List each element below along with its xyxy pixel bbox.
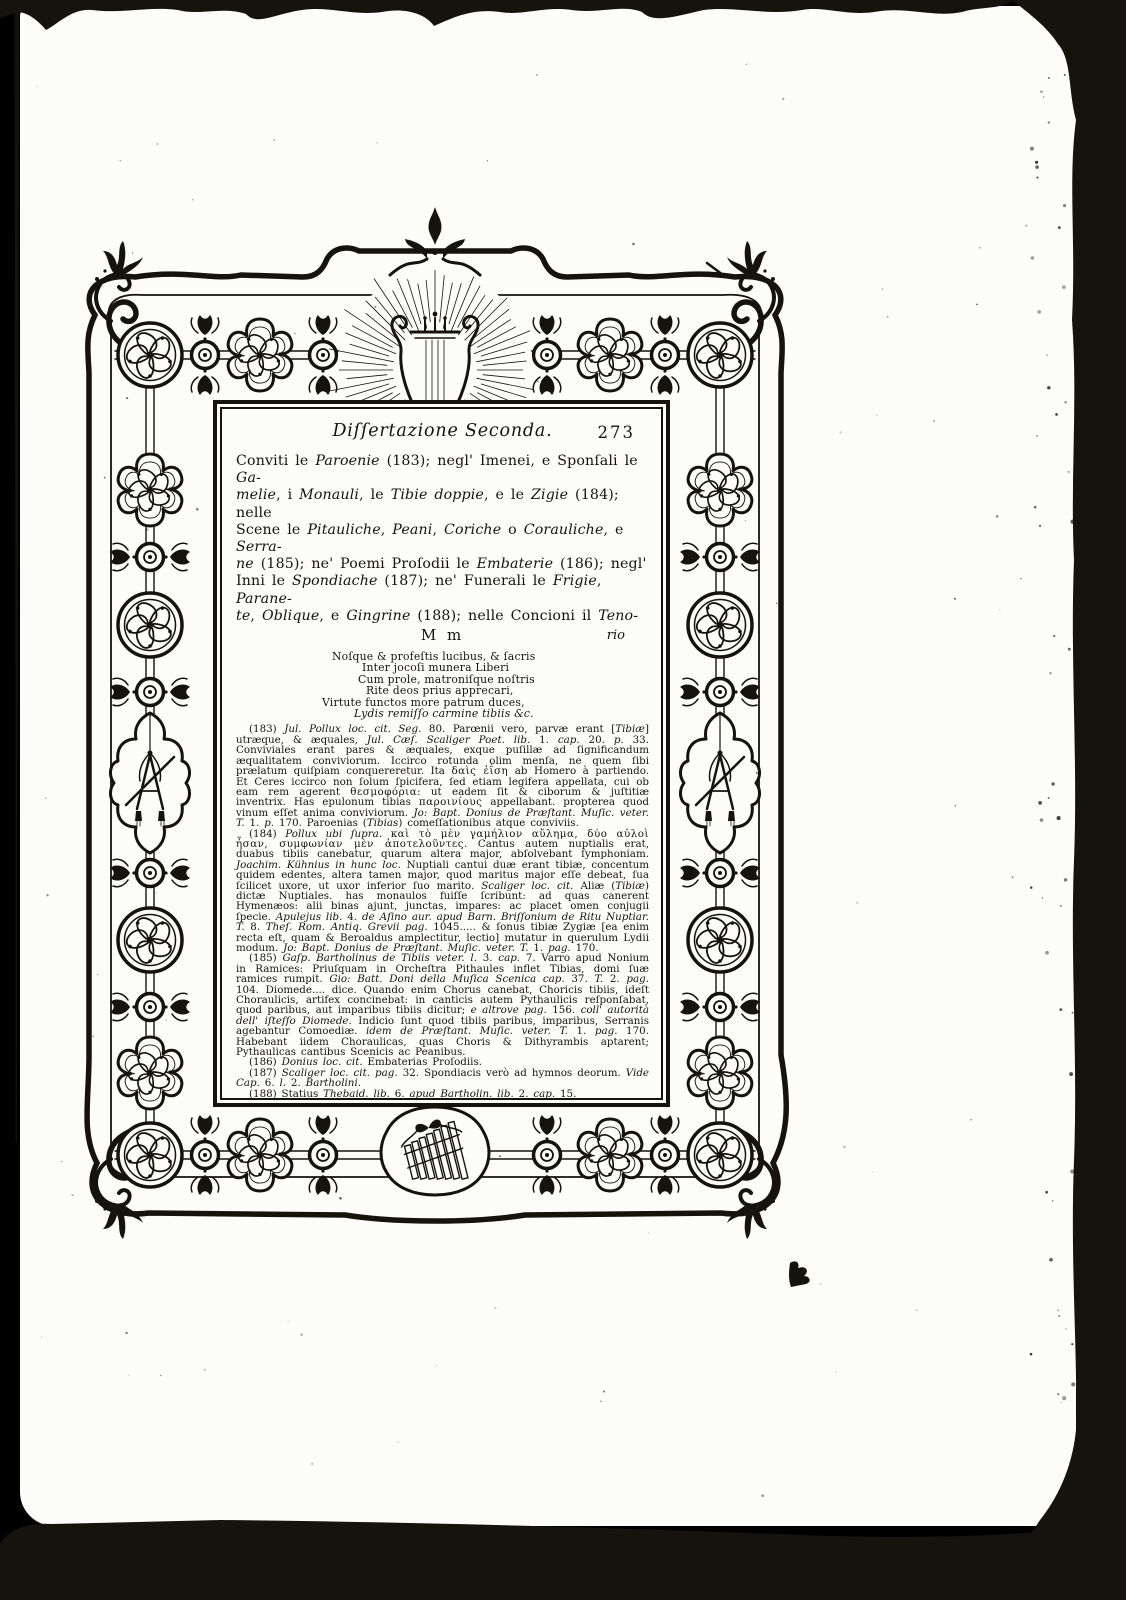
footnote-183: (183) Jul. Pollux loc. cit. Seg. 80. Par… (236, 724, 649, 828)
footnotes-block: (183) Jul. Pollux loc. cit. Seg. 80. Par… (236, 724, 649, 1100)
signature-mark: M m (236, 626, 649, 644)
signature-row: M m rio (236, 626, 649, 643)
page-number: 273 (598, 423, 636, 442)
running-title: Diſſertazione Seconda. (236, 421, 649, 441)
latin-verse-block: Noſque & profeſtis lucibus, & ſacris Int… (236, 651, 649, 719)
scanned-book-page: Diſſertazione Seconda. 273 Conviti le Pa… (0, 0, 1126, 1600)
main-paragraph: Conviti le Paroenie (183); negl' Imenei,… (236, 453, 649, 625)
footnote-188: (188) Statius Thebaid. lib. 6. apud Bart… (236, 1089, 649, 1099)
footnote-187: (187) Scaliger loc. cit. pag. 32. Spondi… (236, 1068, 649, 1089)
footnote-185: (185) Gaſp. Bartholinus de Tibiis veter.… (236, 953, 649, 1057)
text-box-frame: Diſſertazione Seconda. 273 Conviti le Pa… (213, 400, 670, 1107)
verse-line: Rite deos prius apprecari, (236, 685, 649, 696)
page-header: Diſſertazione Seconda. 273 (236, 421, 649, 445)
gutter-fold-line (15, 2, 20, 1142)
mid-catchword: rio (607, 628, 625, 643)
bottom-page-edge (0, 1520, 1126, 1600)
text-box: Diſſertazione Seconda. 273 Conviti le Pa… (220, 407, 663, 1100)
verse-line: Lydis remiſſo carmine tibiis &c. (236, 708, 649, 719)
footnote-184: (184) Pollux ubi ſupra. καὶ τὸ μὲν γαμήλ… (236, 829, 649, 954)
